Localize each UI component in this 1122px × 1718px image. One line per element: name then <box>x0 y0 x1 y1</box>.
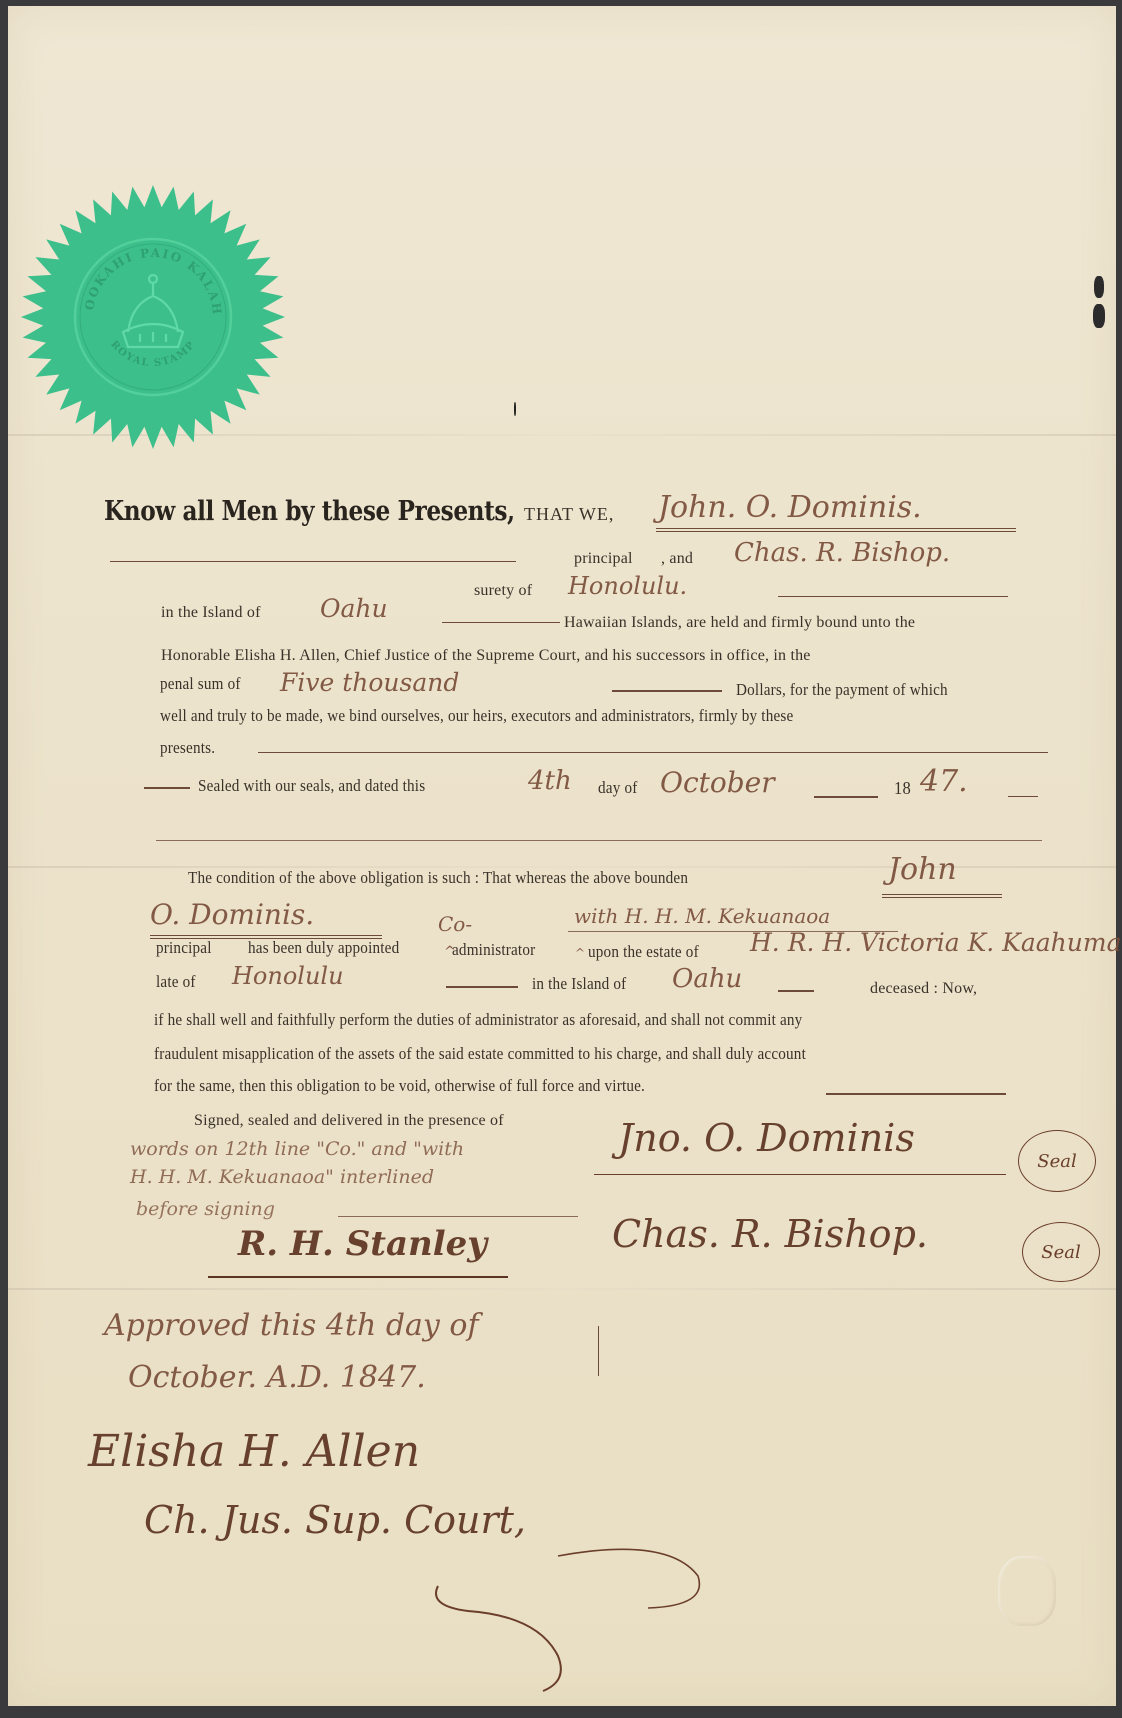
seal-starburst-icon: HOOKAHI PAIO KALAHI ROYAL STAMP <box>20 184 286 450</box>
heading-blackletter: Know all Men by these Presents, <box>104 496 515 527</box>
bracket-mark <box>598 1326 599 1376</box>
late-of-label: late of <box>156 972 196 992</box>
surety-name: Chas. R. Bishop. <box>734 538 950 568</box>
blank-line <box>814 796 878 798</box>
surety-signature: Chas. R. Bishop. <box>612 1212 928 1256</box>
document-page: HOOKAHI PAIO KALAHI ROYAL STAMP Know all… <box>8 6 1116 1706</box>
blank-line <box>442 622 560 623</box>
section-divider <box>156 840 1042 841</box>
paper-fold <box>8 1288 1116 1290</box>
body-line5: presents. <box>160 738 215 758</box>
bounden-name-part2: O. Dominis. <box>150 898 314 931</box>
interlined-co: Co- <box>438 912 472 936</box>
blank-line <box>826 1093 1006 1095</box>
year-prefix: 18 <box>894 778 911 799</box>
interlineation-note-line1: words on 12th line "Co." and "with <box>130 1138 464 1160</box>
administrator-label: administrator <box>452 940 535 960</box>
seal-mark: Seal <box>1022 1222 1100 1282</box>
approval-signature: Elisha H. Allen <box>88 1426 420 1477</box>
principal-label: principal <box>574 550 633 568</box>
body-line2: Honorable Elisha H. Allen, Chief Justice… <box>161 647 811 665</box>
signed-sealed-label: Signed, sealed and delivered in the pres… <box>194 1112 504 1130</box>
and-label: , and <box>661 550 693 568</box>
condition-line4: if he shall well and faithfully perform … <box>154 1010 802 1030</box>
blank-line <box>778 990 814 992</box>
body-line4: well and truly to be made, we bind ourse… <box>160 706 793 726</box>
condition-line1: The condition of the above obligation is… <box>188 868 688 888</box>
blank-line <box>110 561 516 562</box>
paper-damage <box>1093 304 1105 328</box>
underline <box>656 528 1016 532</box>
paper-damage <box>1094 276 1104 298</box>
signature-line <box>594 1174 1006 1175</box>
appointed-label: has been duly appointed <box>248 938 399 958</box>
underline <box>882 894 1002 898</box>
witness-signature: R. H. Stanley <box>238 1224 487 1264</box>
paper-damage <box>514 402 516 416</box>
surety-label: surety of <box>474 582 532 600</box>
penal-value: Five thousand <box>280 668 459 697</box>
royal-stamp-seal: HOOKAHI PAIO KALAHI ROYAL STAMP <box>20 184 286 450</box>
blank-line <box>612 690 722 692</box>
deceased-label: deceased : Now, <box>870 980 977 998</box>
embossed-mark <box>998 1556 1056 1626</box>
approval-line1: Approved this 4th day of <box>104 1308 479 1343</box>
interlined-with: with H. H. M. Kekuanaoa <box>574 904 830 928</box>
day-of-label: day of <box>598 778 637 798</box>
dated-month: October <box>660 766 775 799</box>
principal-signature: Jno. O. Dominis <box>618 1116 915 1160</box>
year-suffix: 47. <box>920 764 968 799</box>
interlineation-note-line2: H. H. M. Kekuanaoa" interlined <box>130 1166 434 1188</box>
bounden-name-part1: John <box>888 852 957 887</box>
late-of-value: Honolulu <box>232 962 344 990</box>
condition-line5: fraudulent misapplication of the assets … <box>154 1044 806 1064</box>
estate-value: H. R. H. Victoria K. Kaahumanu <box>750 928 1122 957</box>
dollars-label: Dollars, for the payment of which <box>736 680 948 700</box>
heading-lead: THAT WE, <box>524 504 614 525</box>
seal-mark: Seal <box>1018 1130 1096 1192</box>
penal-label: penal sum of <box>160 674 241 694</box>
blank-line <box>446 986 518 988</box>
dated-day: 4th <box>528 766 572 796</box>
caret-mark: ^ <box>444 944 456 960</box>
estate-label: upon the estate of <box>588 942 699 962</box>
blank-line <box>1008 796 1038 797</box>
dated-label: Sealed with our seals, and dated this <box>198 776 425 796</box>
condition-island-value: Oahu <box>672 964 742 994</box>
witness-line <box>338 1216 578 1217</box>
island-label: in the Island of <box>161 604 261 622</box>
island-value: Oahu <box>320 594 388 623</box>
condition-principal-label: principal <box>156 938 212 958</box>
principal-name: John. O. Dominis. <box>658 490 922 525</box>
condition-line6: for the same, then this obligation to be… <box>154 1076 645 1096</box>
surety-place: Honolulu. <box>568 572 687 600</box>
seal-mark-text: Seal <box>1037 1151 1076 1172</box>
body-line1: Hawaiian Islands, are held and firmly bo… <box>564 614 915 632</box>
interlineation-note-line3: before signing <box>136 1198 275 1220</box>
seal-mark-text: Seal <box>1041 1242 1080 1263</box>
blank-line <box>144 787 190 789</box>
signature-flourish <box>208 1276 508 1278</box>
condition-island-label: in the Island of <box>532 974 626 994</box>
approval-line2: October. A.D. 1847. <box>128 1360 426 1395</box>
caret-mark: ^ <box>575 946 585 960</box>
blank-line <box>778 596 1008 597</box>
blank-line <box>258 752 1048 753</box>
signature-flourish <box>408 1496 728 1696</box>
